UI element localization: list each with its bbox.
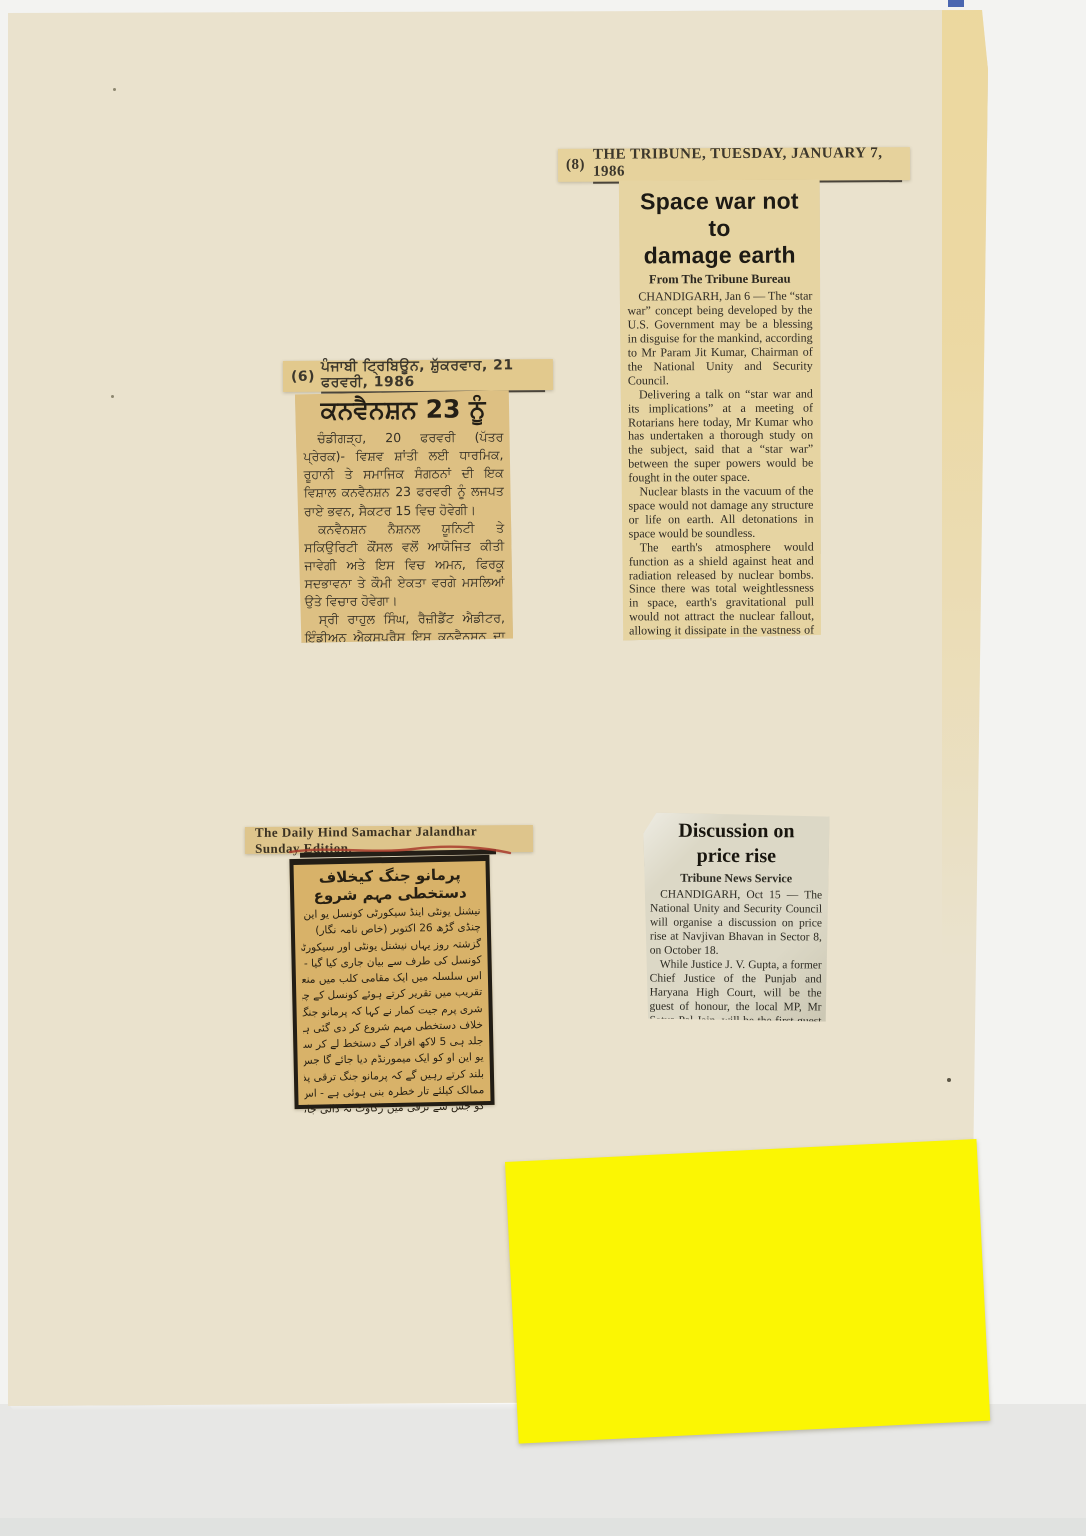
tribune-masthead-page-number: (8) [566, 157, 585, 174]
scan-edge-artifact [948, 0, 964, 7]
tribune-headline-line2: damage earth [627, 242, 812, 270]
price-rise-paragraph: CHANDIGARH, Oct 15 — The National Unity … [650, 888, 822, 959]
punjabi-article-paragraph: ਚੰਡੀਗੜ੍ਹ, 20 ਫਰਵਰੀ (ਪੱਤਰ ਪ੍ਰੇਰਕ)- ਵਿਸ਼ਵ … [303, 428, 504, 520]
tribune-article-paragraph: CHANDIGARH, Jan 6 — The “star war” conce… [627, 290, 813, 388]
punjabi-masthead-page-number: (6) [291, 368, 315, 384]
tribune-article-paragraph: The earth's atmosphere would function as… [629, 540, 815, 652]
tribune-article-clipping: Space war not to damage earth From The T… [619, 179, 822, 640]
page-right-edge-tint [942, 10, 988, 960]
punjabi-article-clipping: ਕਨਵੈਨਸ਼ਨ 23 ਨੂੰ ਚੰਡੀਗੜ੍ਹ, 20 ਫਰਵਰੀ (ਪੱਤਰ… [295, 390, 513, 643]
punjabi-article-headline: ਕਨਵੈਨਸ਼ਨ 23 ਨੂੰ [303, 394, 503, 426]
price-rise-article-clipping: Discussion on price rise Tribune News Se… [642, 813, 829, 1022]
paper-speck [111, 395, 114, 398]
punjabi-article-paragraph: ਕਨਵੈਨਸ਼ਨ ਨੈਸ਼ਨਲ ਯੂਨਿਟੀ ਤੇ ਸਕਿਉਰਿਟੀ ਕੌਂਸਲ… [304, 519, 505, 611]
paper-speck [113, 88, 116, 91]
tribune-article-headline: Space war not to damage earth [627, 188, 812, 270]
tribune-masthead-clipping: (8) THE TRIBUNE, TUESDAY, JANUARY 7, 198… [558, 147, 910, 182]
tribune-masthead-title: THE TRIBUNE, TUESDAY, JANUARY 7, 1986 [593, 145, 902, 184]
tribune-headline-line1: Space war not to [627, 188, 812, 243]
paper-speck [947, 1078, 951, 1082]
price-rise-headline-line1: Discussion on [650, 819, 822, 845]
yellow-paper-note [505, 1139, 990, 1444]
punjabi-masthead-title: ਪੰਜਾਬੀ ਟ੍ਰਿਬਿਊਨ, ਸ਼ੁੱਕਰਵਾਰ, 21 ਫਰਵਰੀ, 19… [321, 357, 545, 394]
price-rise-byline: Tribune News Service [650, 871, 822, 887]
price-rise-headline: Discussion on price rise [650, 819, 822, 870]
tribune-article-byline: From The Tribune Bureau [627, 272, 812, 288]
tribune-article-paragraph: Nuclear blasts in the vacuum of the spac… [628, 485, 813, 542]
price-rise-headline-line2: price rise [650, 844, 822, 870]
tribune-article-paragraph: Delivering a talk on “star war and its i… [628, 387, 814, 485]
punjabi-masthead-clipping: (6) ਪੰਜਾਬੀ ਟ੍ਰਿਬਿਊਨ, ਸ਼ੁੱਕਰਵਾਰ, 21 ਫਰਵਰੀ… [283, 359, 553, 392]
red-pen-mark [288, 843, 514, 859]
urdu-article-clipping: پرمانو جنگ کیخلاف دستخطی مہم شروع نیشنل … [289, 855, 494, 1109]
scanner-background-edge [0, 1518, 1086, 1536]
urdu-article-headline: پرمانو جنگ کیخلاف دستخطی مہم شروع [300, 865, 481, 905]
